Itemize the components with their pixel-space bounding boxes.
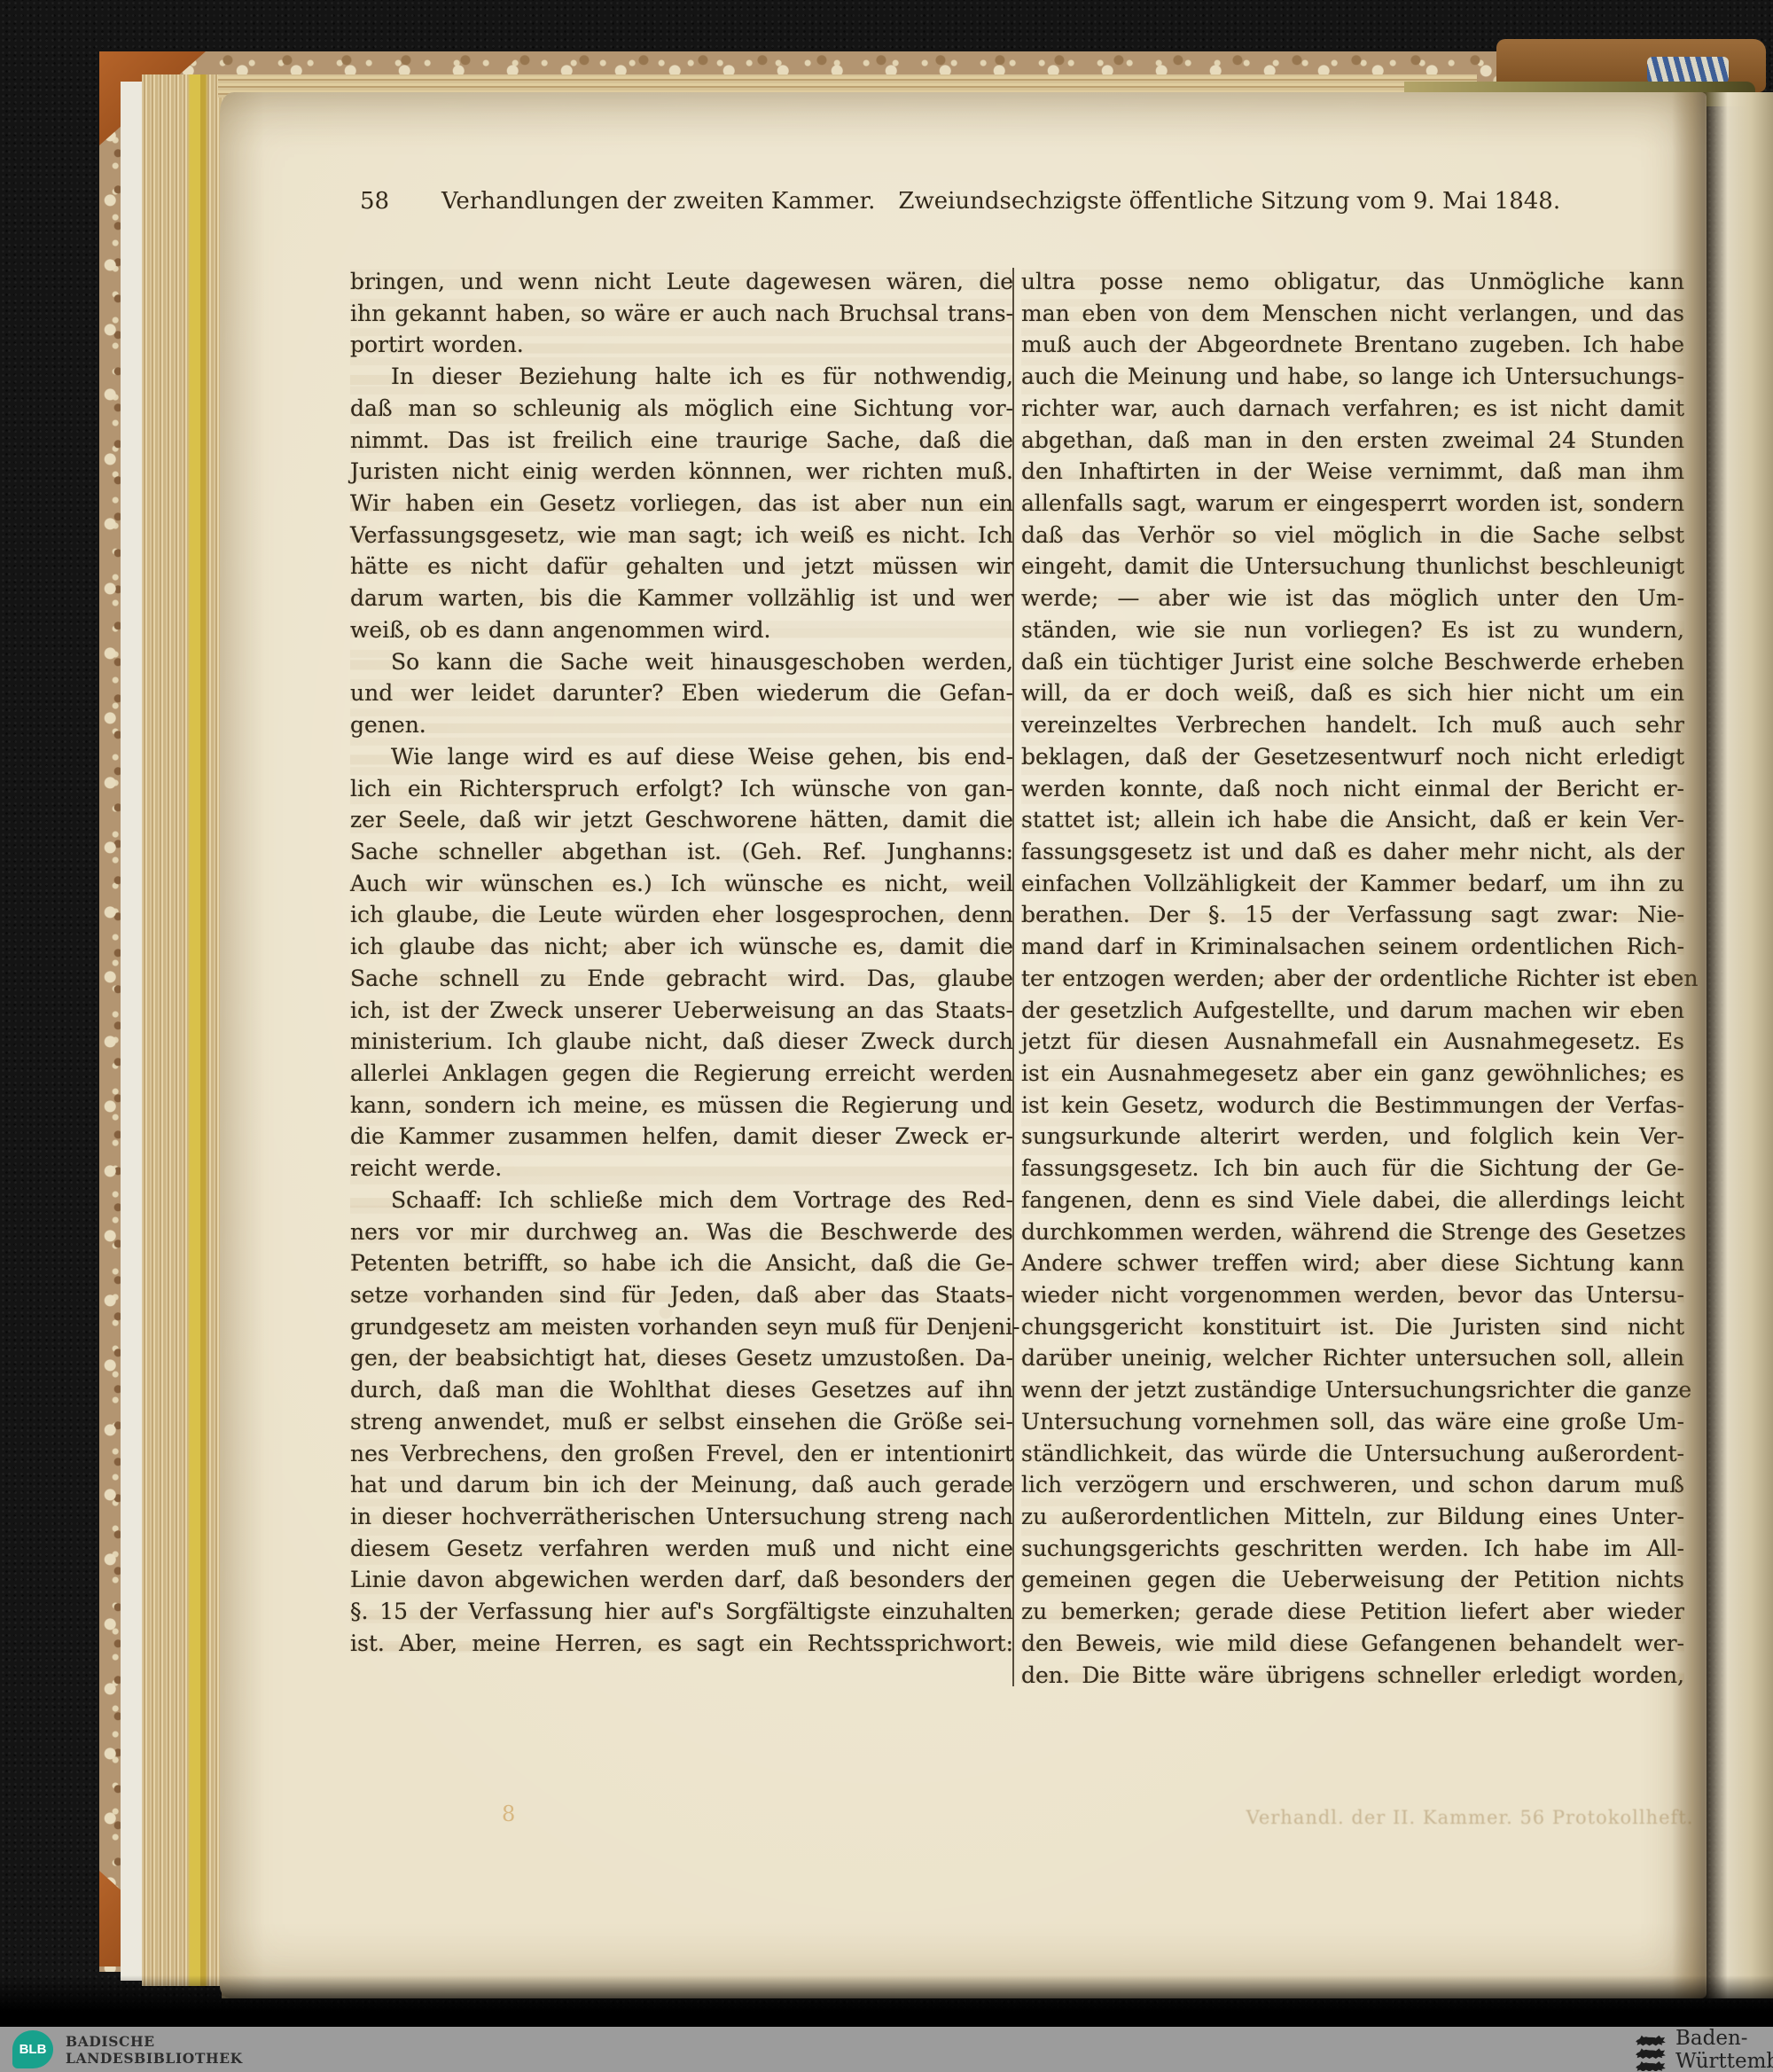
text-line: daß ein tüchtiger Jurist eine solche Bes… [1021, 646, 1684, 678]
text-line: Schaaff: Ich schließe mich dem Vortrage … [350, 1185, 1013, 1216]
text-line: ich glaube das nicht; aber ich wünsche e… [350, 931, 1013, 963]
text-line: Wie lange wird es auf diese Weise gehen,… [350, 741, 1013, 773]
white-interleaf-edge [121, 82, 144, 1981]
text-line: grundgesetz am meisten vorhanden seyn mu… [350, 1311, 1013, 1343]
text-line: bringen, und wenn nicht Leute dagewesen … [350, 266, 1013, 298]
text-line: Sache schneller abgethan ist. (Geh. Ref.… [350, 836, 1013, 868]
text-line: will, da er doch weiß, daß es sich hier … [1021, 677, 1684, 709]
text-line: suchungsgerichts geschritten werden. Ich… [1021, 1533, 1684, 1565]
text-line: durch, daß man die Wohlthat dieses Geset… [350, 1374, 1013, 1406]
text-line: auch die Meinung und habe, so lange ich … [1021, 361, 1684, 393]
text-line: in dieser hochverrätherischen Untersuchu… [350, 1501, 1013, 1533]
text-line: hat und darum bin ich der Meinung, daß a… [350, 1469, 1013, 1501]
text-line: ständlichkeit, das würde die Untersuchun… [1021, 1438, 1684, 1470]
page-stack-edge-left [142, 74, 225, 1986]
text-line: So kann die Sache weit hinausgeschoben w… [350, 646, 1013, 678]
text-line: richter war, auch darnach verfahren; es … [1021, 393, 1684, 425]
text-line: zer Seele, daß wir jetzt Geschworene hät… [350, 804, 1013, 836]
library-name-line2: LANDESBIBLIOTHEK [66, 2051, 243, 2068]
text-line: ich glaube, die Leute würden eher losges… [350, 899, 1013, 931]
text-column-right: ultra posse nemo obligatur, das Unmöglic… [1021, 266, 1684, 1691]
text-line: fangenen, denn es sind Viele dabei, die … [1021, 1185, 1684, 1216]
text-line: ministerium. Ich glaube nicht, daß diese… [350, 1026, 1013, 1058]
text-line: durchkommen werden, während die Strenge … [1021, 1216, 1684, 1248]
text-line: hätte es nicht dafür gehalten und jetzt … [350, 551, 1013, 583]
text-line: Petenten betrifft, so habe ich die Ansic… [350, 1247, 1013, 1279]
text-line: Auch wir wünschen es.) Ich wünsche es ni… [350, 868, 1013, 900]
text-line: ich, ist der Zweck unserer Ueberweisung … [350, 995, 1013, 1027]
library-name-line1: BADISCHE [66, 2034, 243, 2051]
text-line: jetzt für diesen Ausnahmefall ein Ausnah… [1021, 1026, 1684, 1058]
text-line: ist ein Ausnahmegesetz aber ein ganz gew… [1021, 1058, 1684, 1090]
text-line: ist kein Gesetz, wodurch die Bestimmunge… [1021, 1090, 1684, 1122]
text-line: gen, der beabsichtigt hat, dieses Gesetz… [350, 1342, 1013, 1374]
text-line: den. Die Bitte wäre übrigens schneller e… [1021, 1660, 1684, 1692]
text-line: ist. Aber, meine Herren, es sagt ein Rec… [350, 1628, 1013, 1660]
striped-headband [1647, 57, 1729, 83]
blb-abbreviation: BLB [20, 2042, 47, 2057]
text-line: und wer leidet darunter? Eben wiederum d… [350, 677, 1013, 709]
text-line: §. 15 der Verfassung hier auf's Sorgfält… [350, 1596, 1013, 1628]
text-line: wenn der jetzt zuständige Untersuchungsr… [1021, 1374, 1684, 1406]
text-line: Juristen nicht einig werden könnnen, wer… [350, 456, 1013, 488]
state-label: Baden-Württemberg [1675, 2027, 1773, 2072]
text-line: stattet ist; allein ich habe die Ansicht… [1021, 804, 1684, 836]
text-line: In dieser Beziehung halte ich es für not… [350, 361, 1013, 393]
text-line: kann, sondern ich meine, es müssen die R… [350, 1090, 1013, 1122]
text-line: fassungsgesetz. Ich bin auch für die Sic… [1021, 1153, 1684, 1185]
text-line: werde; — aber wie ist das möglich unter … [1021, 583, 1684, 614]
text-line: ners vor mir durchweg an. Was die Beschw… [350, 1216, 1013, 1248]
text-line: diesem Gesetz verfahren werden muß und n… [350, 1533, 1013, 1565]
baden-wuerttemberg-lions-icon [1634, 2032, 1668, 2071]
text-line: ultra posse nemo obligatur, das Unmöglic… [1021, 266, 1684, 298]
text-line: zu bemerken; gerade diese Petition liefe… [1021, 1596, 1684, 1628]
page-header: 58 Verhandlungen der zweiten Kammer. Zwe… [220, 188, 1707, 215]
text-line: daß man so schleunig als möglich eine Si… [350, 393, 1013, 425]
text-line: den Inhaftirten in der Weise vernimmt, d… [1021, 456, 1684, 488]
text-line: nimmt. Das ist freilich eine traurige Sa… [350, 425, 1013, 457]
text-line: den Beweis, wie mild diese Gefangenen be… [1021, 1628, 1684, 1660]
text-line: genen. [350, 709, 1013, 741]
text-line: muß auch der Abgeordnete Brentano zugebe… [1021, 329, 1684, 361]
bottom-shadow [0, 1975, 1773, 2027]
text-line: Linie davon abgewichen werden darf, daß … [350, 1564, 1013, 1596]
text-line: allerlei Anklagen gegen die Regierung er… [350, 1058, 1013, 1090]
text-line: zu außerordentlichen Mitteln, zur Bildun… [1021, 1501, 1684, 1533]
signature-mark: 8 [502, 1802, 515, 1826]
text-line: lich ein Richterspruch erfolgt? Ich wüns… [350, 773, 1013, 805]
column-divider [1012, 268, 1014, 1686]
text-line: Andere schwer treffen wird; aber diese S… [1021, 1247, 1684, 1279]
running-title: Verhandlungen der zweiten Kammer. [441, 188, 875, 215]
text-line: eingeht, damit die Untersuchung thunlich… [1021, 551, 1684, 583]
text-line: Untersuchung vornehmen soll, das wäre ei… [1021, 1406, 1684, 1438]
text-line: mand darf in Kriminalsachen seinem orden… [1021, 931, 1684, 963]
text-line: Verfassungsgesetz, wie man sagt; ich wei… [350, 520, 1013, 551]
text-line: Sache schnell zu Ende gebracht wird. Das… [350, 963, 1013, 995]
text-line: setze vorhanden sind für Jeden, daß aber… [350, 1279, 1013, 1311]
text-line: einfachen Vollzähligkeit der Kammer beda… [1021, 868, 1684, 900]
text-line: Wir haben ein Gesetz vorliegen, das ist … [350, 488, 1013, 520]
text-line: berathen. Der §. 15 der Verfassung sagt … [1021, 899, 1684, 931]
text-line: wieder nicht vorgenommen werden, bevor d… [1021, 1279, 1684, 1311]
book-page: 58 Verhandlungen der zweiten Kammer. Zwe… [220, 92, 1707, 1998]
text-line: reicht werde. [350, 1153, 1013, 1185]
text-line: daß das Verhör so viel möglich in die Sa… [1021, 520, 1684, 551]
text-line: chungsgericht konstituirt ist. Die Juris… [1021, 1311, 1684, 1343]
text-column-left: bringen, und wenn nicht Leute dagewesen … [350, 266, 1013, 1660]
text-line: der gesetzlich Aufgestellte, und darum m… [1021, 995, 1684, 1027]
text-line: beklagen, daß der Gesetzesentwurf noch n… [1021, 741, 1684, 773]
text-line: ständen, wie sie nun vorliegen? Es ist z… [1021, 614, 1684, 646]
library-footer-bar [0, 2027, 1773, 2072]
text-line: ihn gekannt haben, so wäre er auch nach … [350, 298, 1013, 330]
text-line: weiß, ob es dann angenommen wird. [350, 614, 1013, 646]
text-line: abgethan, daß man in den ersten zweimal … [1021, 425, 1684, 457]
text-line: lich verzögern und erschweren, und schon… [1021, 1469, 1684, 1501]
text-line: portirt worden. [350, 329, 1013, 361]
text-line: sungsurkunde alterirt werden, und folgli… [1021, 1121, 1684, 1153]
text-line: vereinzeltes Verbrechen handelt. Ich muß… [1021, 709, 1684, 741]
text-line: darüber uneinig, welcher Richter untersu… [1021, 1342, 1684, 1374]
blb-logo-icon: BLB [12, 2030, 53, 2068]
text-line: die Kammer zusammen helfen, damit dieser… [350, 1121, 1013, 1153]
text-line: gemeinen gegen die Ueberweisung der Peti… [1021, 1564, 1684, 1596]
text-line: man eben von dem Menschen nicht verlange… [1021, 298, 1684, 330]
text-line: nes Verbrechens, den großen Frevel, den … [350, 1438, 1013, 1470]
text-line: fassungsgesetz ist und daß es daher mehr… [1021, 836, 1684, 868]
text-line: streng anwendet, muß er selbst einsehen … [350, 1406, 1013, 1438]
page-number: 58 [360, 188, 424, 215]
page-gutter-shadow [1672, 92, 1773, 1998]
text-line: ter entzogen werden; aber der ordentlich… [1021, 963, 1684, 995]
library-name: BADISCHE LANDESBIBLIOTHEK [66, 2034, 243, 2067]
session-title: Zweiundsechzigste öffentliche Sitzung vo… [898, 188, 1560, 215]
text-line: darum warten, bis die Kammer vollzählig … [350, 583, 1013, 614]
text-line: allenfalls sagt, warum er eingesperrt wo… [1021, 488, 1684, 520]
text-line: werden konnte, daß noch nicht einmal der… [1021, 773, 1684, 805]
